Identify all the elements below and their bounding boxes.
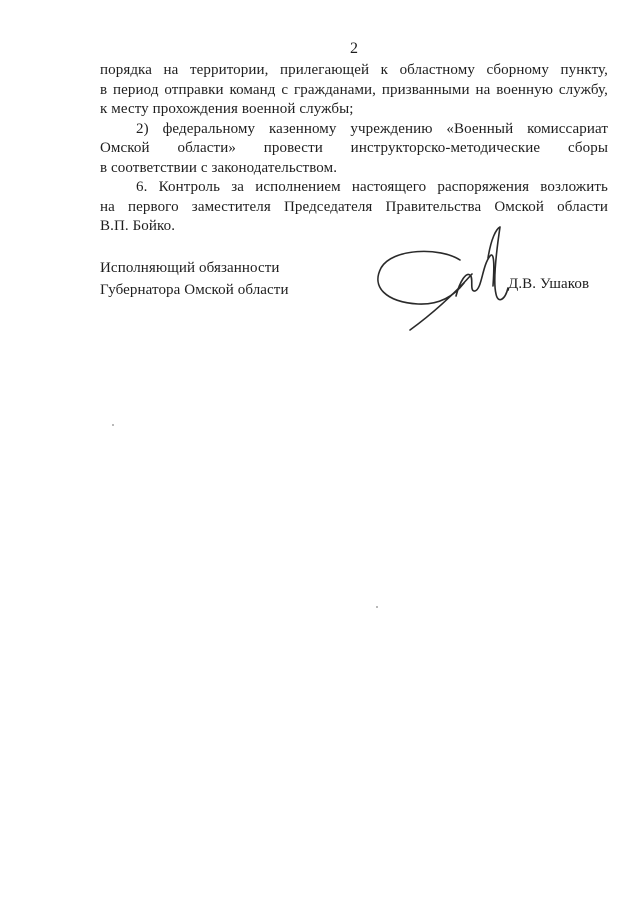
body-line: Омской области» провести инструкторско-м… bbox=[100, 139, 608, 159]
signature-role-block: Исполняющий обязанности Губернатора Омск… bbox=[100, 257, 360, 301]
body-line: на первого заместителя Председателя Прав… bbox=[100, 198, 608, 218]
document-body: порядка на территории, прилегающей к обл… bbox=[100, 61, 608, 237]
body-line: 2) федеральному казенному учреждению «Во… bbox=[100, 120, 608, 140]
body-line: к месту прохождения военной службы; bbox=[100, 100, 608, 120]
signature-role-line: Губернатора Омской области bbox=[100, 279, 360, 301]
scan-speckle bbox=[376, 606, 378, 608]
body-line: в период отправки команд с гражданами, п… bbox=[100, 81, 608, 101]
signature-stroke-letters bbox=[456, 255, 494, 296]
scan-speckle bbox=[112, 424, 114, 426]
document-page: 2 порядка на территории, прилегающей к о… bbox=[0, 0, 640, 905]
handwritten-signature-image bbox=[352, 226, 512, 334]
page-number: 2 bbox=[100, 40, 608, 58]
signature-stroke-tail bbox=[410, 274, 472, 330]
body-line: 6. Контроль за исполнением настоящего ра… bbox=[100, 178, 608, 198]
body-line: порядка на территории, прилегающей к обл… bbox=[100, 61, 608, 81]
signature-role-line: Исполняющий обязанности bbox=[100, 257, 360, 279]
body-line: в соответствии с законодательством. bbox=[100, 159, 608, 179]
signature-stroke-ascender bbox=[488, 227, 508, 300]
signer-name: Д.В. Ушаков bbox=[508, 276, 589, 293]
